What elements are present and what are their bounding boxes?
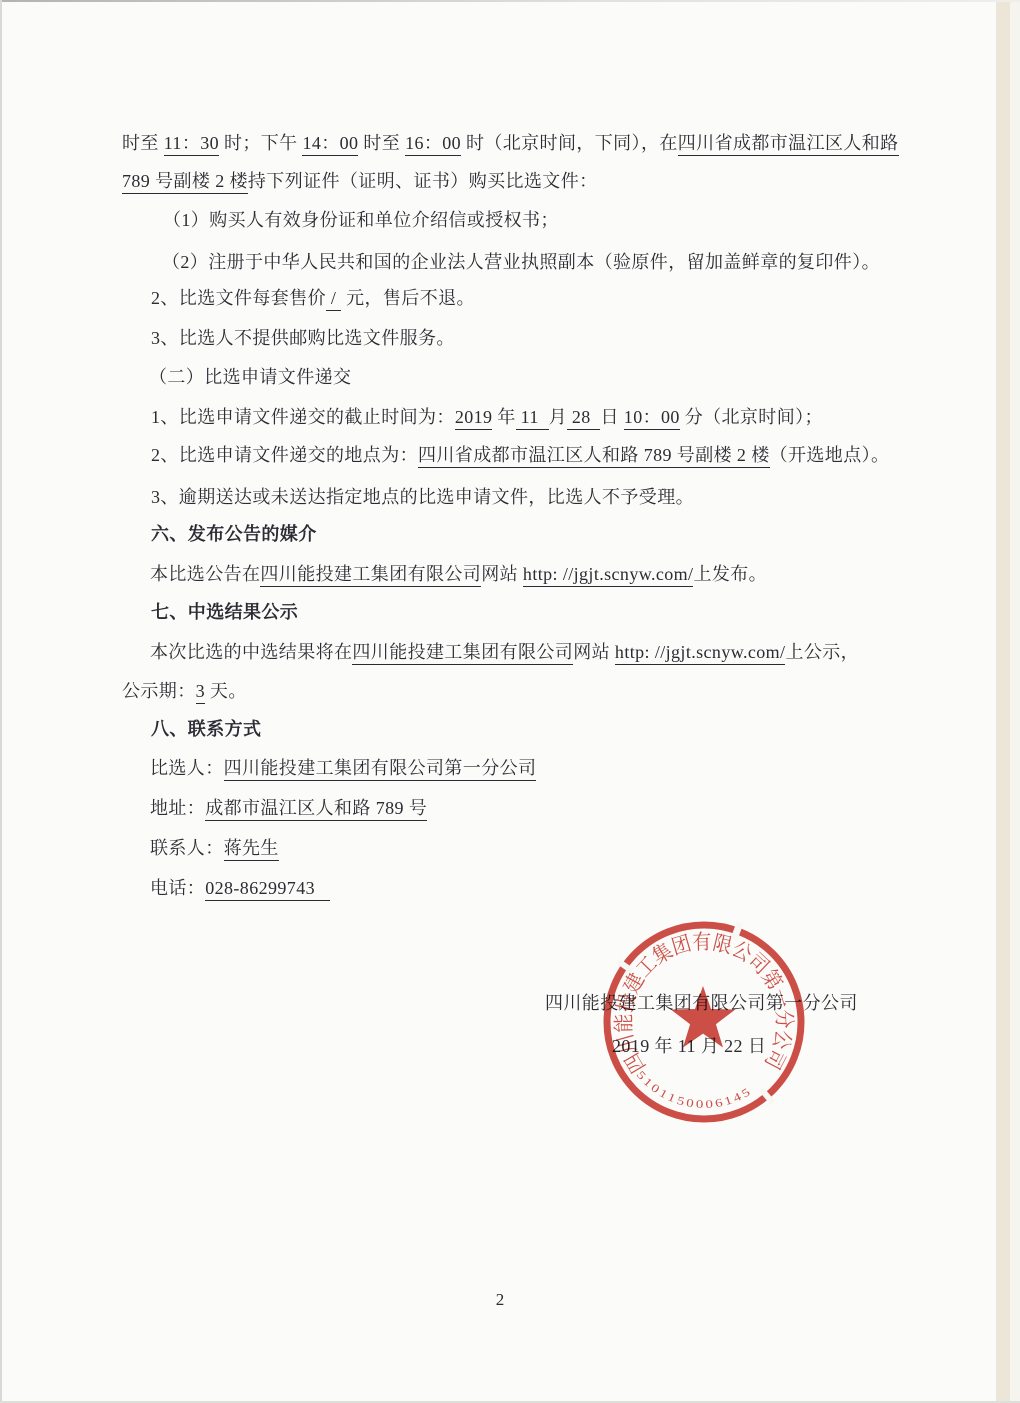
field-label: 比选人： [150,758,224,778]
scan-edge-top [0,0,1020,2]
underlined-value: 789 号副楼 2 楼 [122,171,248,194]
body-line: 公示期：3 天。 [122,677,247,705]
text-run: 分（北京时间）； [680,407,823,427]
underlined-value: 10：00 [624,407,680,430]
underlined-value: 蒋先生 [224,838,279,861]
scan-edge-right [996,0,1010,1403]
section-heading: 八、联系方式 [151,715,261,743]
page-number: 2 [460,1286,540,1314]
text-run: 元，售后不退。 [341,288,475,308]
website-url: http: //jgjt.scnyw.com/ [615,642,786,665]
field-label: 地址： [150,798,205,818]
text-run: 本比选公告在 [150,564,260,584]
field-label: 联系人： [150,838,224,858]
text-run: 六、发布公告的媒介 [151,524,317,544]
text-run: 上公示， [785,642,859,662]
underlined-value: 四川能投建工集团有限公司第一分公司 [224,758,537,781]
scan-edge-left [0,0,2,1403]
underlined-value: 14：00 [302,133,358,156]
official-seal: 四川能投建工集团有限公司第一分公司 5101150006145 [599,917,809,1127]
body-line: 789 号副楼 2 楼持下列证件（证明、证书）购买比选文件： [122,167,598,195]
text-run: 上发布。 [693,564,767,584]
section-heading: 七、中选结果公示 [151,598,298,626]
text-run: 时至 [122,133,164,153]
underlined-value: 11 [516,407,549,430]
body-line: 3、比选人不提供邮购比选文件服务。 [151,324,455,352]
website-url: http: //jgjt.scnyw.com/ [523,564,694,587]
underlined-value: 四川能投建工集团有限公司 [352,642,573,665]
underlined-value: 3 [196,681,205,704]
text-run: 七、中选结果公示 [151,602,298,622]
body-line: （2）注册于中华人民共和国的企业法人营业执照副本（验原件，留加盖鲜章的复印件）。 [162,248,880,276]
body-line: 3、逾期送达或未送达指定地点的比选申请文件，比选人不予受理。 [151,483,694,511]
body-line: 2、比选文件每套售价 / 元，售后不退。 [151,284,475,312]
contact-line: 电话：028-86299743 [150,874,330,902]
text-run: 网站 [573,642,615,662]
text-run: 3、比选人不提供邮购比选文件服务。 [151,328,455,348]
body-line: （1）购买人有效身份证和单位介绍信或授权书； [163,206,559,234]
body-line: 1、比选申请文件递交的截止时间为：2019 年 11 月 28 日 10：00 … [151,403,823,431]
contact-line: 比选人：四川能投建工集团有限公司第一分公司 [150,754,536,782]
body-line: 本比选公告在四川能投建工集团有限公司网站 http: //jgjt.scnyw.… [150,560,767,588]
underlined-value: 四川省成都市温江区人和路 [678,133,899,156]
text-run: 时；下午 [219,133,302,153]
text-run: 年 [492,407,515,427]
text-run: 公示期： [122,681,196,701]
section-subheading: （二）比选申请文件递交 [149,363,351,391]
underlined-value: / [326,288,341,311]
text-run: （二）比选申请文件递交 [149,367,351,387]
body-line: 时至 11：30 时；下午 14：00 时至 16：00 时（北京时间，下同），… [122,129,899,157]
text-run: 天。 [205,681,247,701]
text-run: 网站 [481,564,523,584]
text-run: 时（北京时间，下同），在 [461,133,678,153]
text-run: （2）注册于中华人民共和国的企业法人营业执照副本（验原件，留加盖鲜章的复印件）。 [162,252,880,272]
text-run: 2、比选申请文件递交的地点为： [151,445,418,465]
underlined-value: 28 [567,407,601,430]
underlined-value: 11：30 [164,133,219,156]
text-run: 时至 [358,133,405,153]
text-run: 2、比选文件每套售价 [151,288,326,308]
body-line: 本次比选的中选结果将在四川能投建工集团有限公司网站 http: //jgjt.s… [150,638,859,666]
underlined-value: 成都市温江区人和路 789 号 [205,798,427,821]
scan-edge-right-outer [1010,0,1020,1403]
section-heading: 六、发布公告的媒介 [151,520,317,548]
underlined-value: 四川能投建工集团有限公司 [260,564,481,587]
contact-line: 地址：成都市温江区人和路 789 号 [150,794,427,822]
contact-line: 联系人：蒋先生 [150,834,279,862]
text-run: 1、比选申请文件递交的截止时间为： [151,407,455,427]
underlined-value: 2019 [455,407,493,430]
body-line: 2、比选申请文件递交的地点为：四川省成都市温江区人和路 789 号副楼 2 楼（… [151,441,889,469]
underlined-value: 16：00 [405,133,461,156]
underlined-value: 四川省成都市温江区人和路 789 号副楼 2 楼 [418,445,770,468]
text-run: 3、逾期送达或未送达指定地点的比选申请文件，比选人不予受理。 [151,487,694,507]
text-run: （开选地点）。 [770,445,890,465]
field-label: 电话： [150,878,205,898]
seal-star-icon [671,986,736,1048]
text-run: 持下列证件（证明、证书）购买比选文件： [248,171,598,191]
text-run: 八、联系方式 [151,719,261,739]
underlined-value: 028-86299743 [205,878,330,901]
text-run: 日 [600,407,623,427]
text-run: （1）购买人有效身份证和单位介绍信或授权书； [163,210,559,230]
text-run: 月 [549,407,567,427]
text-run: 本次比选的中选结果将在 [150,642,352,662]
scanned-document-page: 时至 11：30 时；下午 14：00 时至 16：00 时（北京时间，下同），… [0,0,1020,1403]
